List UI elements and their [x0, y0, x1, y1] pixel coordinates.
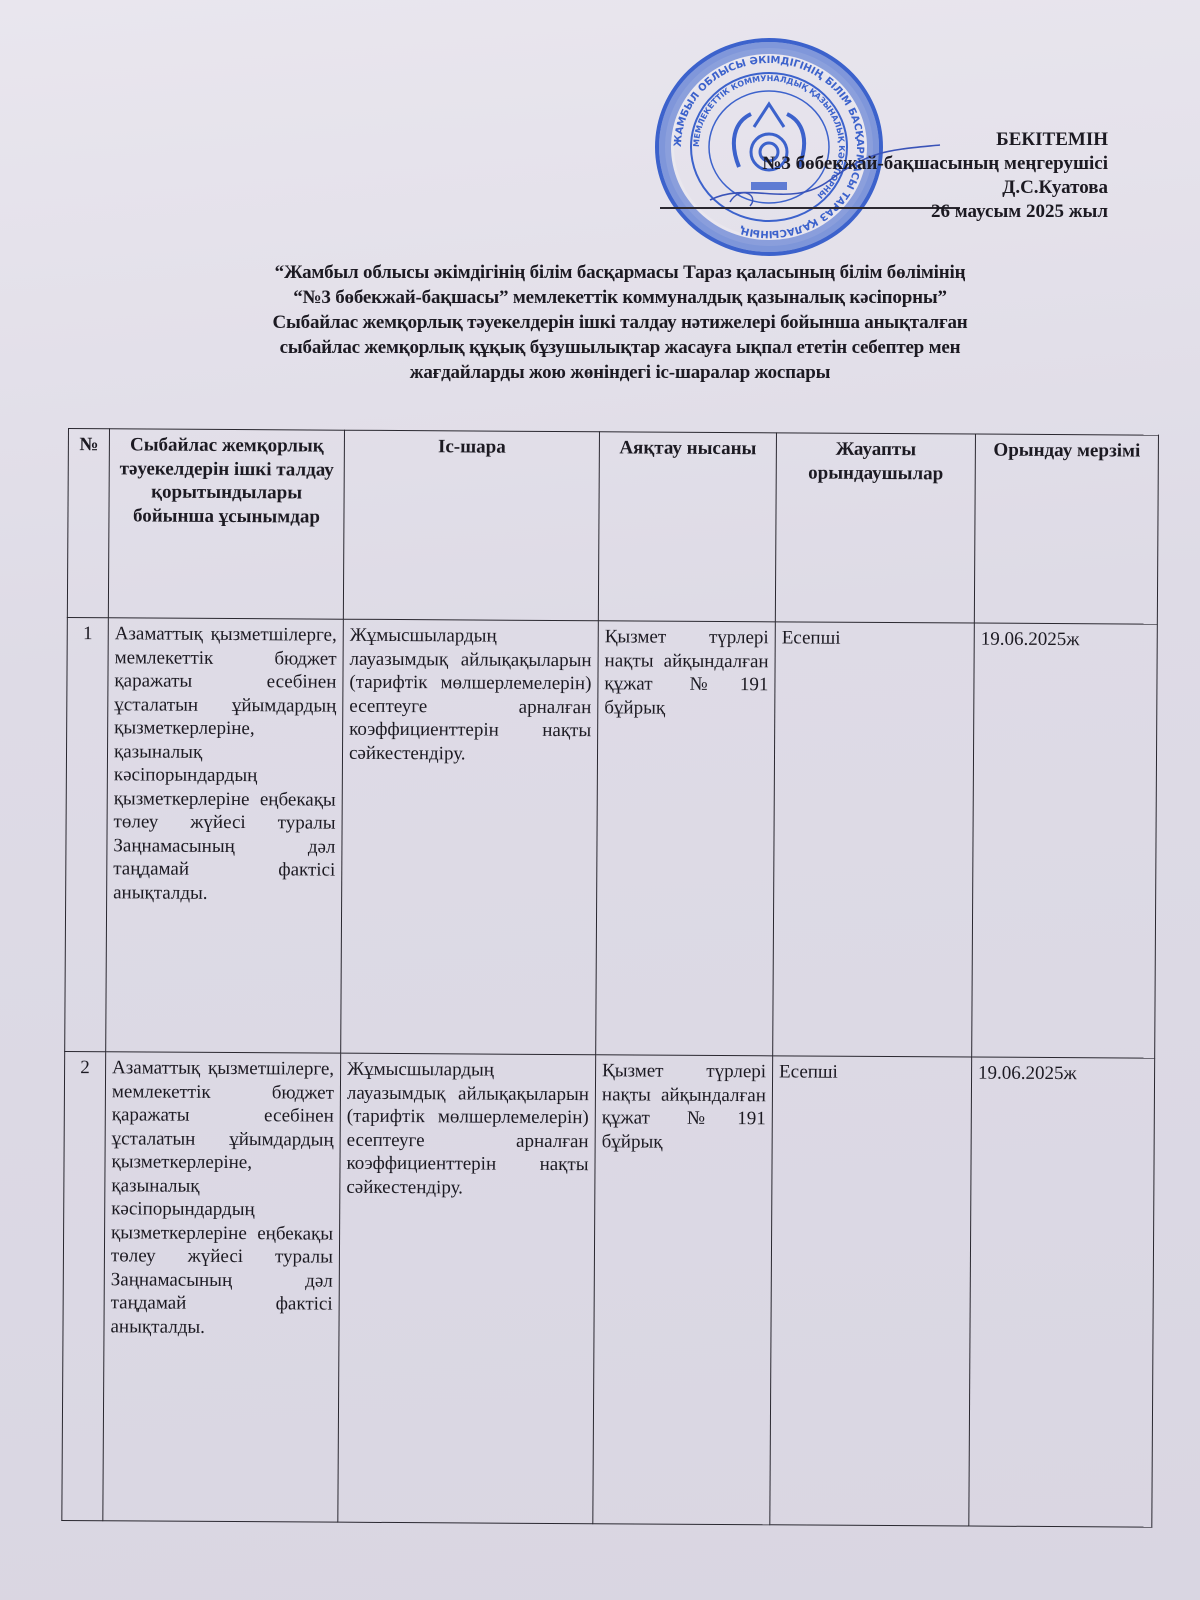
header-measure: Іс-шара	[343, 430, 599, 621]
row-responsible: Есепші	[770, 1056, 972, 1526]
approval-position: №3 бөбекжай-бақшасының меңгерушісі	[762, 152, 1108, 176]
header-recommendations: Сыбайлас жемқорлық тәуекелдерін ішкі тал…	[108, 429, 344, 619]
title-line-1: “Жамбыл облысы әкімдігінің білім басқарм…	[150, 260, 1090, 285]
table-row: 1 Азаматтық қызметшілерге, мемлекеттік б…	[65, 617, 1158, 1058]
header-responsible: Жауапты орындаушылар	[775, 433, 975, 623]
row-completion-form: Қызмет түрлері нақты айқындалған құжат №…	[596, 621, 776, 1056]
row-recommendation: Азаматтық қызметшілерге, мемлекеттік бюд…	[103, 1052, 341, 1522]
approval-block: БЕКІТЕМІН №3 бөбекжай-бақшасының меңгеру…	[762, 128, 1108, 224]
approval-name: Д.С.Куатова	[762, 176, 1108, 200]
header-deadline: Орындау мерзімі	[974, 434, 1158, 624]
action-plan-table: № Сыбайлас жемқорлық тәуекелдерін ішкі т…	[61, 428, 1159, 1528]
row-deadline: 19.06.2025ж	[969, 1057, 1155, 1527]
title-line-3: Сыбайлас жемқорлық тәуекелдерін ішкі тал…	[150, 310, 1090, 335]
row-number: 2	[62, 1051, 106, 1520]
row-measure: Жұмысшылардың лауазымдық айлықақыларын (…	[341, 619, 599, 1055]
row-deadline: 19.06.2025ж	[972, 623, 1158, 1058]
document-page: ЖАМБЫЛ ОБЛЫСЫ ӘКІМДІГІНІҢ БІЛІМ БАСҚАРМА…	[0, 0, 1200, 1600]
title-line-5: жағдайларды жою жөніндегі іс-шаралар жос…	[150, 360, 1090, 385]
header-number: №	[67, 429, 109, 618]
title-line-2: “№3 бөбекжай-бақшасы” мемлекеттік коммун…	[150, 285, 1090, 310]
table-header-row: № Сыбайлас жемқорлық тәуекелдерін ішкі т…	[67, 429, 1158, 625]
document-title: “Жамбыл облысы әкімдігінің білім басқарм…	[150, 260, 1090, 385]
row-measure: Жұмысшылардың лауазымдық айлықақыларын (…	[338, 1053, 596, 1524]
row-number: 1	[65, 617, 109, 1051]
row-responsible: Есепші	[773, 622, 975, 1057]
row-recommendation: Азаматтық қызметшілерге, мемлекеттік бюд…	[106, 618, 344, 1053]
header-completion-form: Аяқтау нысаны	[598, 432, 776, 622]
title-line-4: сыбайлас жемқорлық құқық бұзушылықтар жа…	[150, 335, 1090, 360]
approval-title: БЕКІТЕМІН	[762, 128, 1108, 152]
table-row: 2 Азаматтық қызметшілерге, мемлекеттік б…	[62, 1051, 1155, 1527]
approval-date: 26 маусым 2025 жыл	[762, 200, 1108, 224]
row-completion-form: Қызмет түрлері нақты айқындалған құжат №…	[593, 1055, 773, 1525]
